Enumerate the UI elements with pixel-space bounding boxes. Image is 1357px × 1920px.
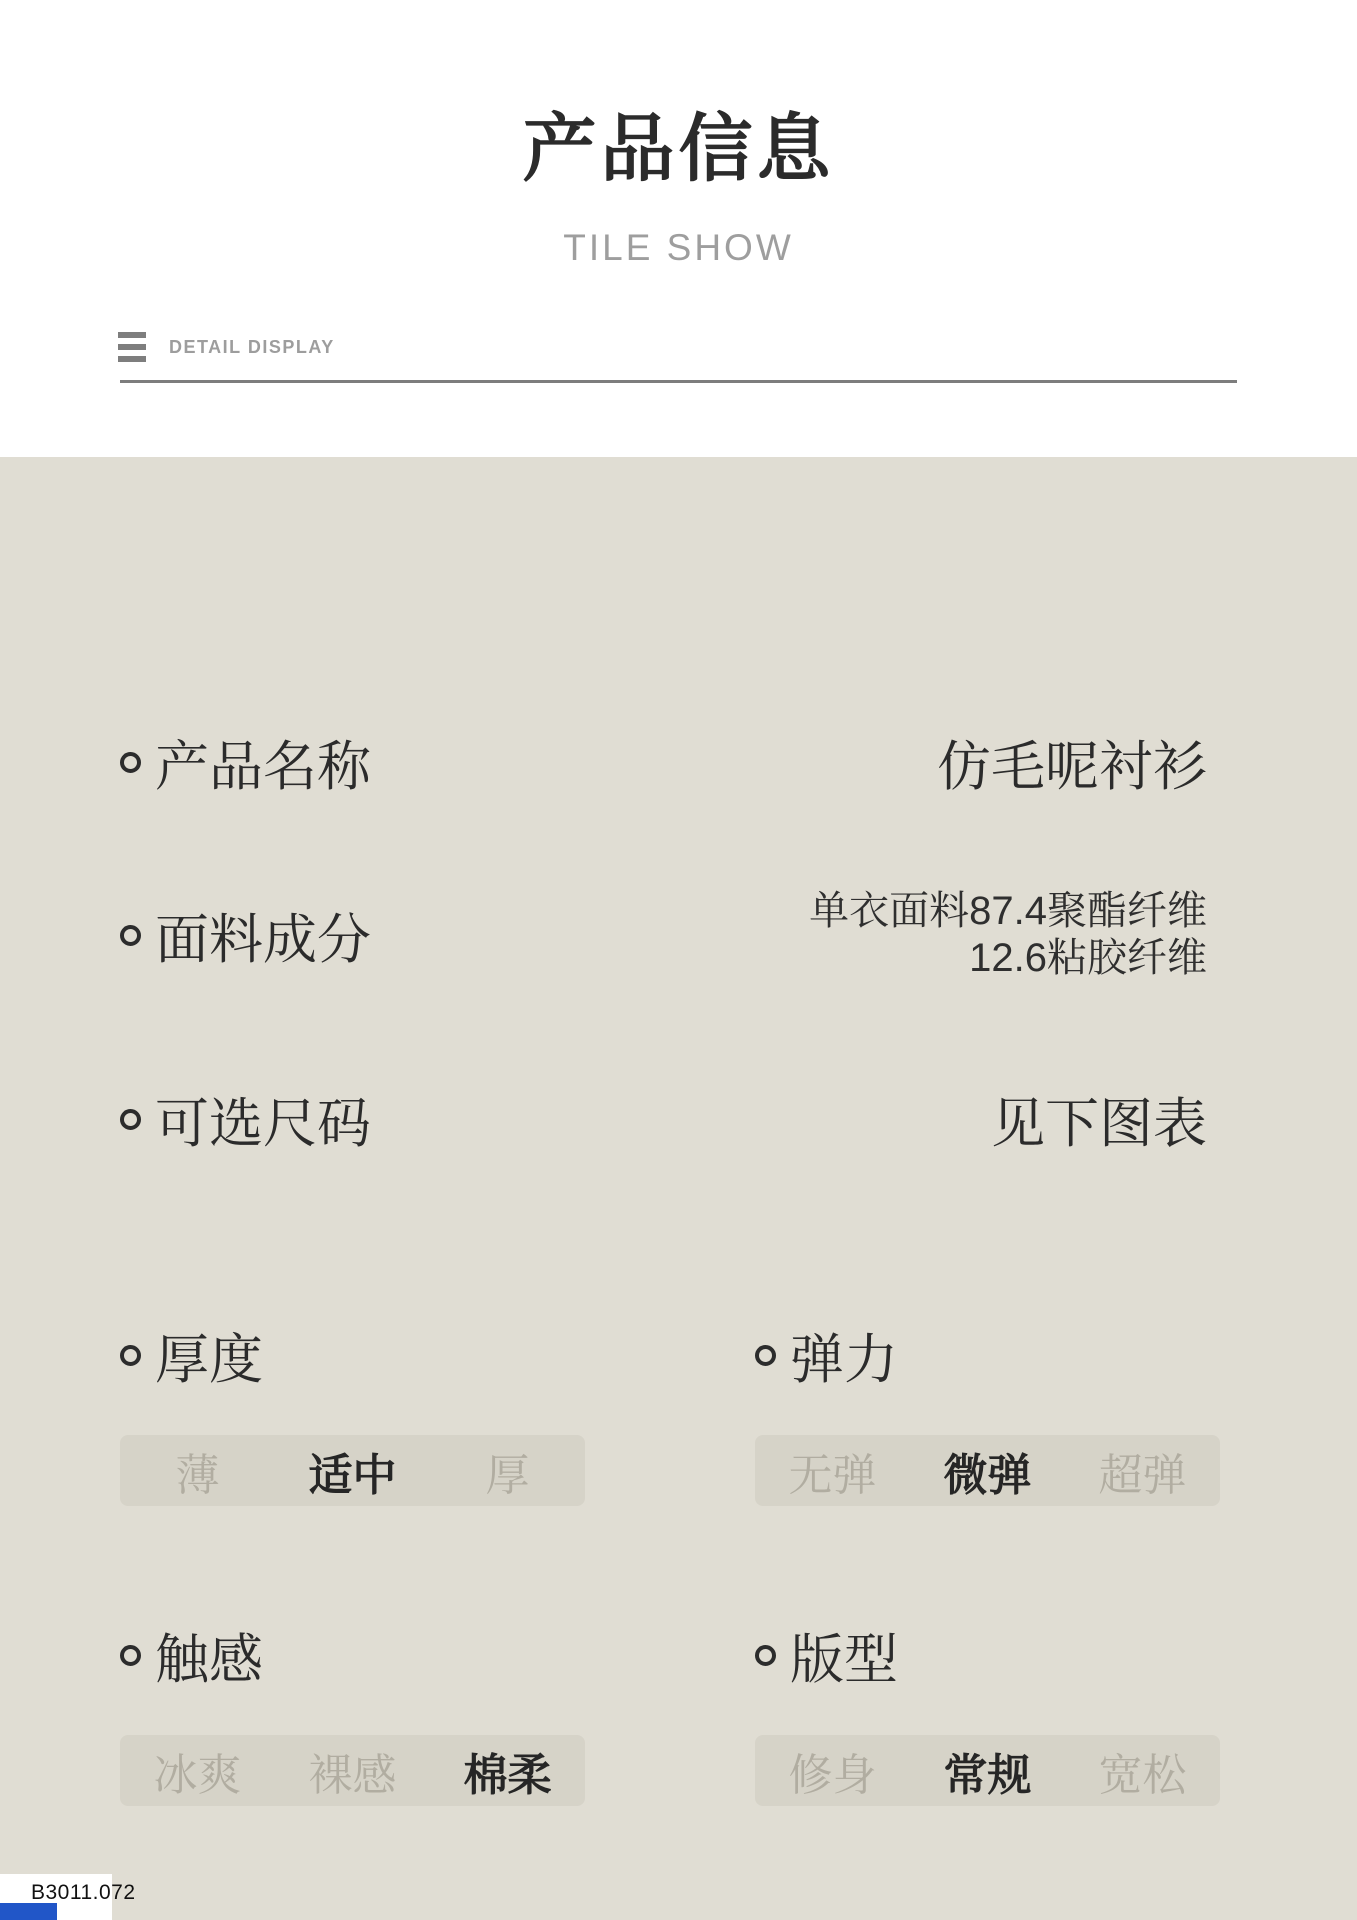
option-cool: 冰爽 [120,1735,275,1806]
attr-value-sizes: 见下图表 [991,1081,1237,1158]
attr-label-sizes: 可选尺码 [155,1081,371,1158]
option-box-thickness: 薄 适中 厚 [120,1435,585,1506]
bullet-icon [120,752,141,773]
bullet-icon [755,1345,776,1366]
section-label: DETAIL DISPLAY [169,337,335,358]
option-bare: 裸感 [275,1735,430,1806]
section-divider [120,380,1237,383]
attr-label-elasticity: 弹力 [790,1317,898,1394]
option-super-stretch: 超弹 [1065,1435,1220,1506]
option-thin: 薄 [120,1435,275,1506]
option-thick: 厚 [430,1435,585,1506]
group-label-thickness: 厚度 [120,1322,263,1388]
attr-value-fabric: 单衣面料87.4聚酯纤维 12.6粘胶纤维 [809,888,1237,982]
bullet-icon [120,1645,141,1666]
attr-row-fabric: 面料成分 单衣面料87.4聚酯纤维 12.6粘胶纤维 [120,880,1237,990]
option-no-stretch: 无弹 [755,1435,910,1506]
attr-row-sizes: 可选尺码 见下图表 [120,1086,1237,1152]
bullet-icon [120,1109,141,1130]
attr-label-product-name: 产品名称 [155,724,371,801]
fabric-line-1: 单衣面料87.4聚酯纤维 [809,889,1207,933]
group-label-elasticity: 弹力 [755,1322,898,1388]
sku-code: B3011.072 [31,1881,136,1905]
option-cotton-soft-selected: 棉柔 [430,1735,585,1806]
product-info-panel [0,457,1357,1920]
option-regular-selected: 常规 [910,1735,1065,1806]
option-slight-stretch-selected: 微弹 [910,1435,1065,1506]
list-icon [118,332,146,362]
section-header: DETAIL DISPLAY [118,332,335,362]
option-box-elasticity: 无弹 微弹 超弹 [755,1435,1220,1506]
group-label-fit: 版型 [755,1622,898,1688]
option-box-fit: 修身 常规 宽松 [755,1735,1220,1806]
group-label-touch: 触感 [120,1622,263,1688]
attr-label-fabric: 面料成分 [155,897,371,974]
option-slim: 修身 [755,1735,910,1806]
attr-label-thickness: 厚度 [155,1317,263,1394]
bullet-icon [755,1645,776,1666]
corner-accent-rectangle [0,1903,57,1920]
fabric-line-2: 12.6粘胶纤维 [969,936,1207,980]
option-loose: 宽松 [1065,1735,1220,1806]
page-subtitle: TILE SHOW [0,226,1357,270]
attr-label-touch: 触感 [155,1617,263,1694]
page-title: 产品信息 [0,112,1357,186]
bullet-icon [120,925,141,946]
attr-row-product-name: 产品名称 仿毛呢衬衫 [120,726,1237,798]
option-medium-selected: 适中 [275,1435,430,1506]
attr-label-fit: 版型 [790,1617,898,1694]
bullet-icon [120,1345,141,1366]
product-info-page: 产品信息 TILE SHOW DETAIL DISPLAY 产品名称 仿毛呢衬衫… [0,0,1357,1920]
attr-value-product-name: 仿毛呢衬衫 [937,724,1237,801]
option-box-touch: 冰爽 裸感 棉柔 [120,1735,585,1806]
